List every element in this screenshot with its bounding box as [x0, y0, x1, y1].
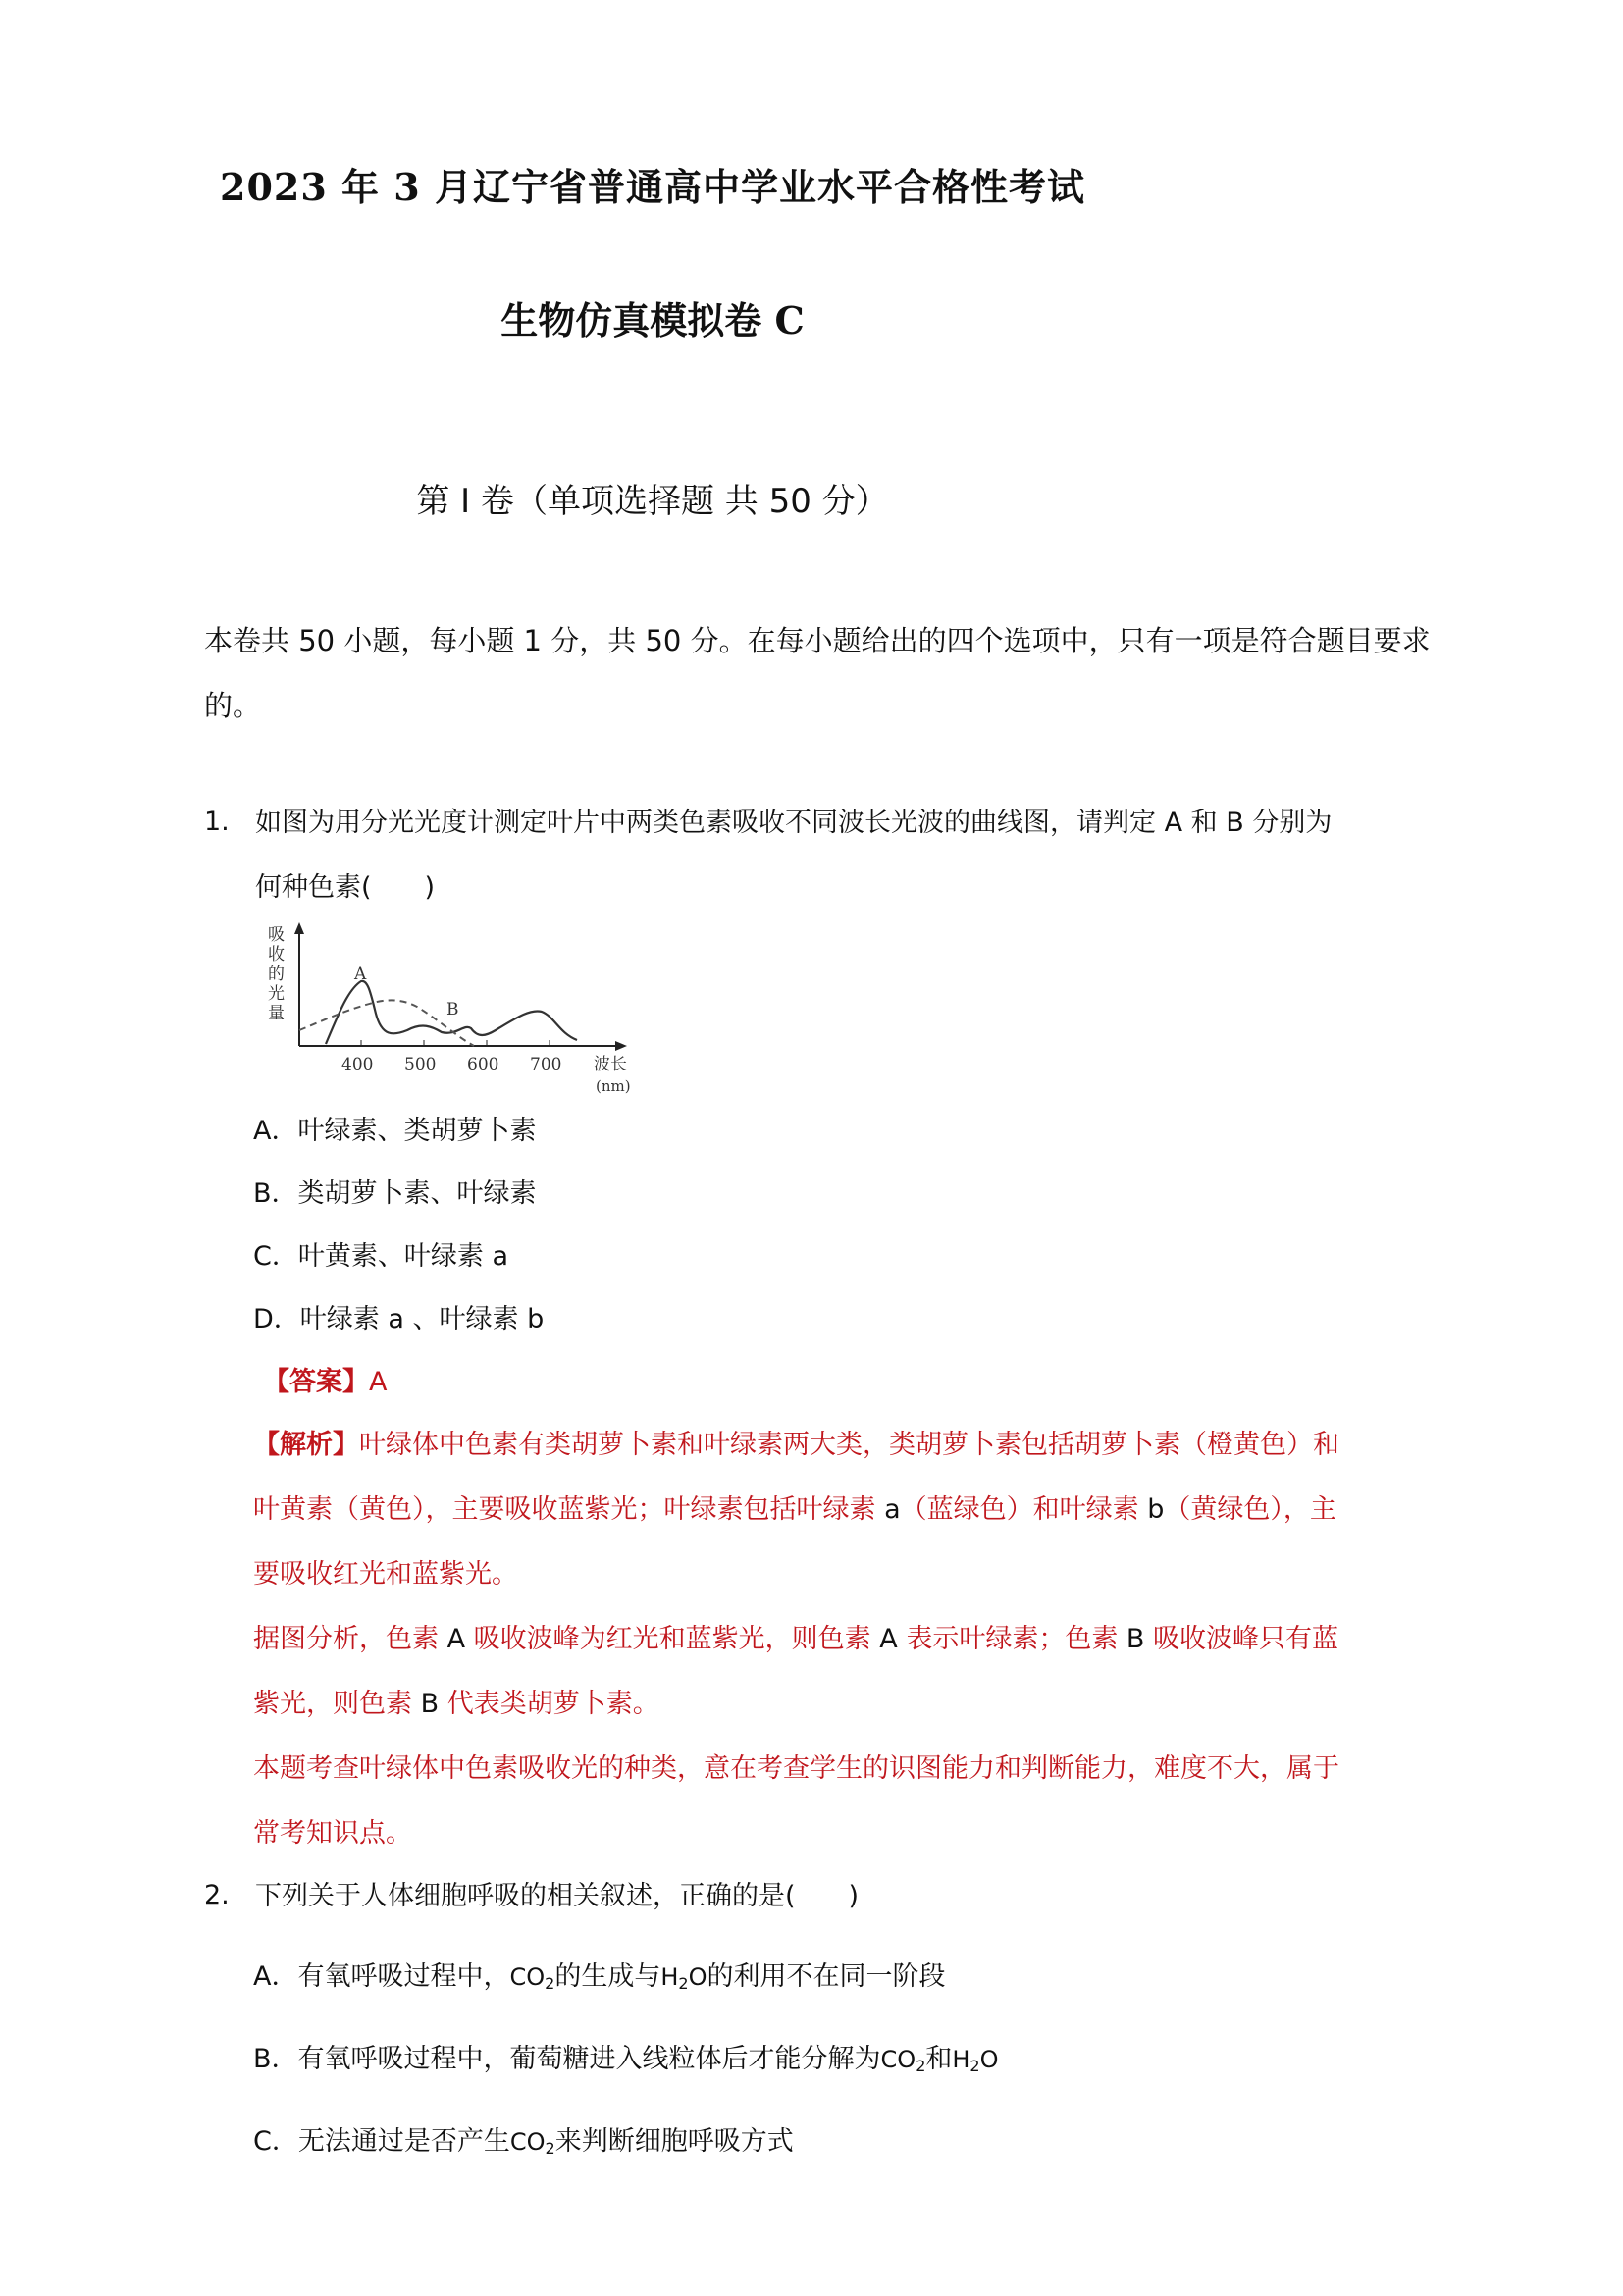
analysis-var: B	[421, 1689, 440, 1719]
option-text: 有氧呼吸过程中，葡萄糖进入线粒体后才能分解为	[298, 2044, 881, 2074]
question-1-stem-line2: 何种色素( )	[255, 856, 1433, 920]
analysis-text: 代表类胡萝卜素。	[439, 1689, 659, 1719]
option-label: B．	[253, 2044, 298, 2074]
analysis-text: （蓝绿色）和叶绿素	[901, 1494, 1148, 1525]
option-label: C．	[253, 1241, 298, 1272]
question-1-stem: 如图为用分光光度计测定叶片中两类色素吸收不同波长光波的曲线图，请判定 A 和 B…	[255, 791, 1433, 920]
option-label: C．	[253, 2126, 298, 2157]
formula-part: CO	[881, 2046, 916, 2073]
analysis-var: b	[1147, 1494, 1164, 1525]
x-axis-label: 波长	[594, 1055, 627, 1074]
analysis-var: B	[1126, 1624, 1145, 1654]
x-axis-unit: (nm)	[596, 1077, 631, 1095]
question-1-number: 1.	[204, 807, 230, 837]
option-text: 有氧呼吸过程中，	[297, 1961, 509, 1992]
curve-b-label: B	[446, 1000, 459, 1019]
option-label: A．	[253, 1116, 297, 1146]
x-tick-600: 600	[467, 1055, 498, 1074]
formula-part: CO	[509, 1963, 545, 1991]
question-1-stem-line1: 如图为用分光光度计测定叶片中两类色素吸收不同波长光波的曲线图，请判定 A 和 B…	[255, 791, 1433, 856]
question-2-number: 2.	[204, 1880, 230, 1910]
analysis-text: 据图分析，色素	[253, 1624, 447, 1654]
analysis-var: A	[447, 1624, 465, 1654]
formula-part: O	[689, 1963, 707, 1991]
analysis-tag: 【解析】	[253, 1430, 359, 1460]
option-text: 来判断细胞呼吸方式	[555, 2126, 794, 2157]
option-text: 的生成与	[554, 1961, 660, 1992]
formula-subscript: 2	[545, 1974, 554, 1993]
formula-subscript: 2	[678, 1974, 688, 1993]
option-text: 叶黄素、叶绿素 a	[298, 1241, 508, 1272]
analysis-block: 【解析】叶绿体中色素有类胡萝卜素和叶绿素两大类，类胡萝卜素包括胡萝卜素（橙黄色）…	[253, 1413, 1440, 1866]
x-tick-400: 400	[341, 1055, 373, 1074]
answer-tag: 【答案】	[263, 1367, 369, 1397]
exam-title: 2023 年 3 月辽宁省普通高中学业水平合格性考试	[0, 157, 1305, 211]
analysis-text: 叶绿体中色素有类胡萝卜素和叶绿素两大类，类胡萝卜素包括胡萝卜素（橙黄色）和	[359, 1430, 1339, 1460]
question-1-option-d[interactable]: D．叶绿素 a 、叶绿素 b	[253, 1297, 544, 1335]
option-text: 叶绿素、类胡萝卜素	[297, 1116, 536, 1146]
analysis-text: 叶黄素（黄色），主要吸收蓝紫光；叶绿素包括叶绿素	[253, 1494, 884, 1525]
h2o-formula: H2O	[660, 1963, 707, 1991]
formula-part: H	[660, 1963, 678, 1991]
y-label-char-2: 收	[268, 945, 285, 965]
co2-formula: CO2	[881, 2046, 926, 2073]
h2o-formula: H2O	[952, 2046, 998, 2073]
analysis-p2-line2: 紫光，则色素 B 代表类胡萝卜素。	[253, 1672, 1440, 1737]
x-tick-500: 500	[404, 1055, 436, 1074]
section-instructions: 本卷共 50 小题，每小题 1 分，共 50 分。在每小题给出的四个选项中，只有…	[204, 608, 1431, 738]
absorption-spectrum-figure: A B 400 500 600 700 波长 (nm) 吸 收 的 光 量	[250, 920, 662, 1107]
answer-block: 【答案】A	[263, 1350, 387, 1415]
co2-formula: CO2	[510, 2128, 555, 2156]
analysis-text: 紫光，则色素	[253, 1689, 421, 1719]
analysis-p1-line2: 叶黄素（黄色），主要吸收蓝紫光；叶绿素包括叶绿素 a（蓝绿色）和叶绿素 b（黄绿…	[253, 1478, 1440, 1542]
curve-a-label: A	[353, 965, 367, 984]
analysis-var: a	[884, 1494, 901, 1525]
analysis-text: （黄绿色），主	[1164, 1494, 1336, 1525]
y-label-char-3: 的	[268, 965, 285, 984]
spectrum-chart-icon: A B 400 500 600 700 波长 (nm) 吸 收 的 光 量	[250, 920, 662, 1107]
option-text: 无法通过是否产生	[298, 2126, 510, 2157]
question-2-option-a[interactable]: A．有氧呼吸过程中，CO2的生成与H2O的利用不在同一阶段	[253, 1955, 945, 1993]
y-label-char-5: 量	[268, 1004, 285, 1023]
formula-subscript: 2	[969, 2057, 979, 2075]
question-1-option-a[interactable]: A．叶绿素、类胡萝卜素	[253, 1109, 536, 1147]
question-1-option-c[interactable]: C．叶黄素、叶绿素 a	[253, 1234, 508, 1273]
question-2-option-b[interactable]: B．有氧呼吸过程中，葡萄糖进入线粒体后才能分解为CO2和H2O	[253, 2037, 999, 2075]
option-label: B．	[253, 1178, 298, 1209]
section-title: 第 I 卷（单项选择题 共 50 分）	[0, 474, 1305, 522]
option-text: 的利用不在同一阶段	[707, 1961, 945, 1992]
analysis-p3-line1: 本题考查叶绿体中色素吸收光的种类，意在考查学生的识图能力和判断能力，难度不大，属…	[253, 1737, 1440, 1801]
co2-formula: CO2	[509, 1963, 554, 1991]
analysis-p3-line2: 常考知识点。	[253, 1801, 1440, 1866]
option-text: 类胡萝卜素、叶绿素	[298, 1178, 537, 1209]
option-label: D．	[253, 1304, 300, 1334]
formula-part: H	[952, 2046, 969, 2073]
analysis-p1-line3: 要吸收红光和蓝紫光。	[253, 1542, 1440, 1607]
question-2-stem: 下列关于人体细胞呼吸的相关叙述，正确的是( )	[255, 1864, 859, 1929]
formula-part: CO	[510, 2128, 546, 2156]
analysis-text: 吸收波峰为红光和蓝紫光，则色素	[465, 1624, 879, 1654]
formula-part: O	[980, 2046, 999, 2073]
analysis-p2-line1: 据图分析，色素 A 吸收波峰为红光和蓝紫光，则色素 A 表示叶绿素；色素 B 吸…	[253, 1607, 1440, 1672]
option-label: A．	[253, 1961, 297, 1992]
analysis-text: 表示叶绿素；色素	[898, 1624, 1126, 1654]
answer-value: A	[369, 1367, 387, 1397]
y-label-char-1: 吸	[268, 925, 285, 945]
formula-subscript: 2	[916, 2057, 925, 2075]
analysis-p1-line1: 【解析】叶绿体中色素有类胡萝卜素和叶绿素两大类，类胡萝卜素包括胡萝卜素（橙黄色）…	[253, 1413, 1440, 1478]
option-text: 和	[925, 2044, 952, 2074]
exam-subtitle: 生物仿真模拟卷 C	[0, 290, 1305, 344]
y-label-char-4: 光	[268, 984, 285, 1004]
x-tick-700: 700	[530, 1055, 561, 1074]
analysis-text: 吸收波峰只有蓝	[1144, 1624, 1338, 1654]
question-2-option-c[interactable]: C．无法通过是否产生CO2来判断细胞呼吸方式	[253, 2119, 794, 2158]
formula-subscript: 2	[546, 2139, 555, 2158]
analysis-var: A	[879, 1624, 897, 1654]
question-1-option-b[interactable]: B．类胡萝卜素、叶绿素	[253, 1172, 537, 1210]
option-text: 叶绿素 a 、叶绿素 b	[300, 1304, 544, 1334]
